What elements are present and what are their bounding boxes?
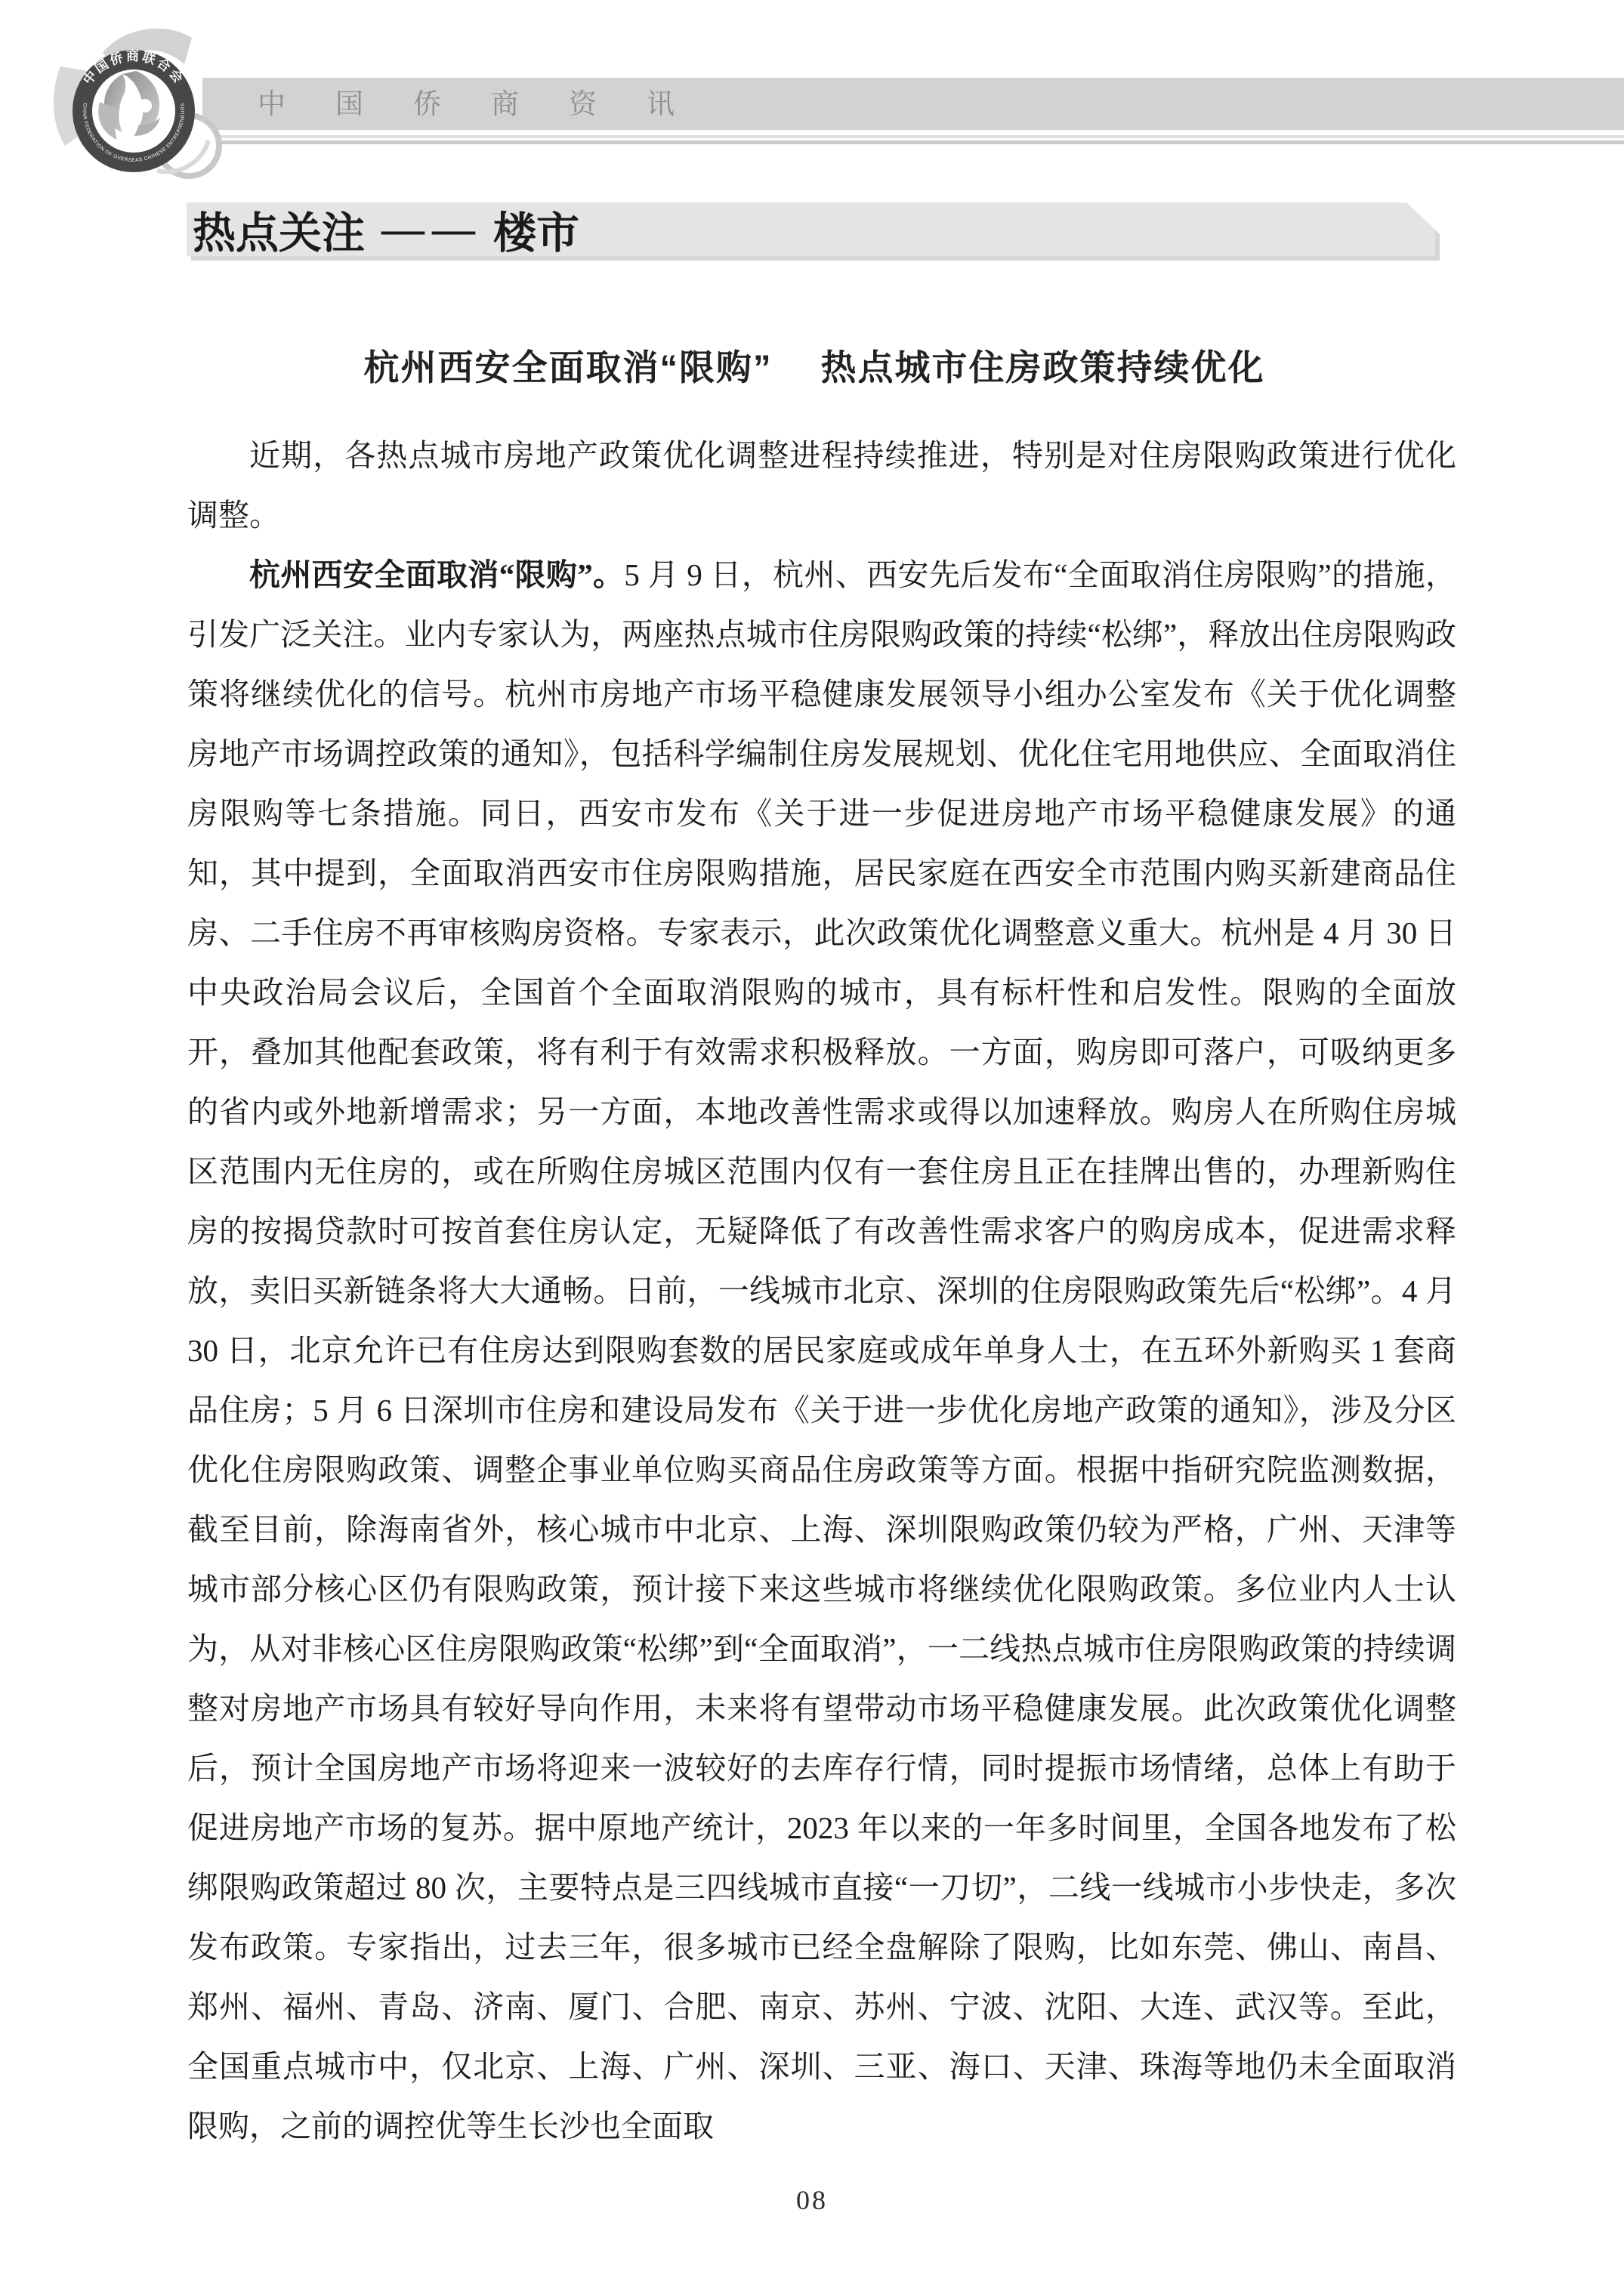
header-divider-top [202, 135, 1624, 138]
header-divider-bottom [202, 140, 1624, 144]
article-title: 杭州西安全面取消“限购” 热点城市住房政策持续优化 [187, 340, 1441, 390]
document-page: 中国侨商资讯 中国侨商联合会 [0, 0, 1624, 2293]
article-body: 近期，各热点城市房地产政策优化调整进程持续推进，特别是对住房限购政策进行优化调整… [187, 426, 1456, 2156]
paragraph-bold-lead: 杭州西安全面取消“限购”。 [249, 557, 624, 592]
federation-logo-icon: 中国侨商联合会 CHINA FEDERATION OF OVERSEAS CHI… [44, 21, 224, 184]
paragraph-text: 近期，各热点城市房地产政策优化调整进程持续推进，特别是对住房限购政策进行优化调整… [187, 438, 1456, 532]
section-header: 热点关注 —— 楼市 [187, 202, 1435, 256]
paragraph-text: 5 月 9 日，杭州、西安先后发布“全面取消住房限购”的措施，引发广泛关注。业内… [187, 557, 1456, 2143]
page-number: 08 [0, 2184, 1624, 2216]
section-title-dash: —— [381, 205, 483, 254]
header-banner: 中国侨商资讯 [202, 78, 1624, 130]
paragraph: 近期，各热点城市房地产政策优化调整进程持续推进，特别是对住房限购政策进行优化调整… [187, 426, 1456, 545]
paragraph: 杭州西安全面取消“限购”。5 月 9 日，杭州、西安先后发布“全面取消住房限购”… [187, 545, 1456, 2156]
section-title-topic: 楼市 [493, 199, 579, 261]
section-title: 热点关注 [193, 199, 365, 261]
publication-title: 中国侨商资讯 [258, 78, 724, 130]
